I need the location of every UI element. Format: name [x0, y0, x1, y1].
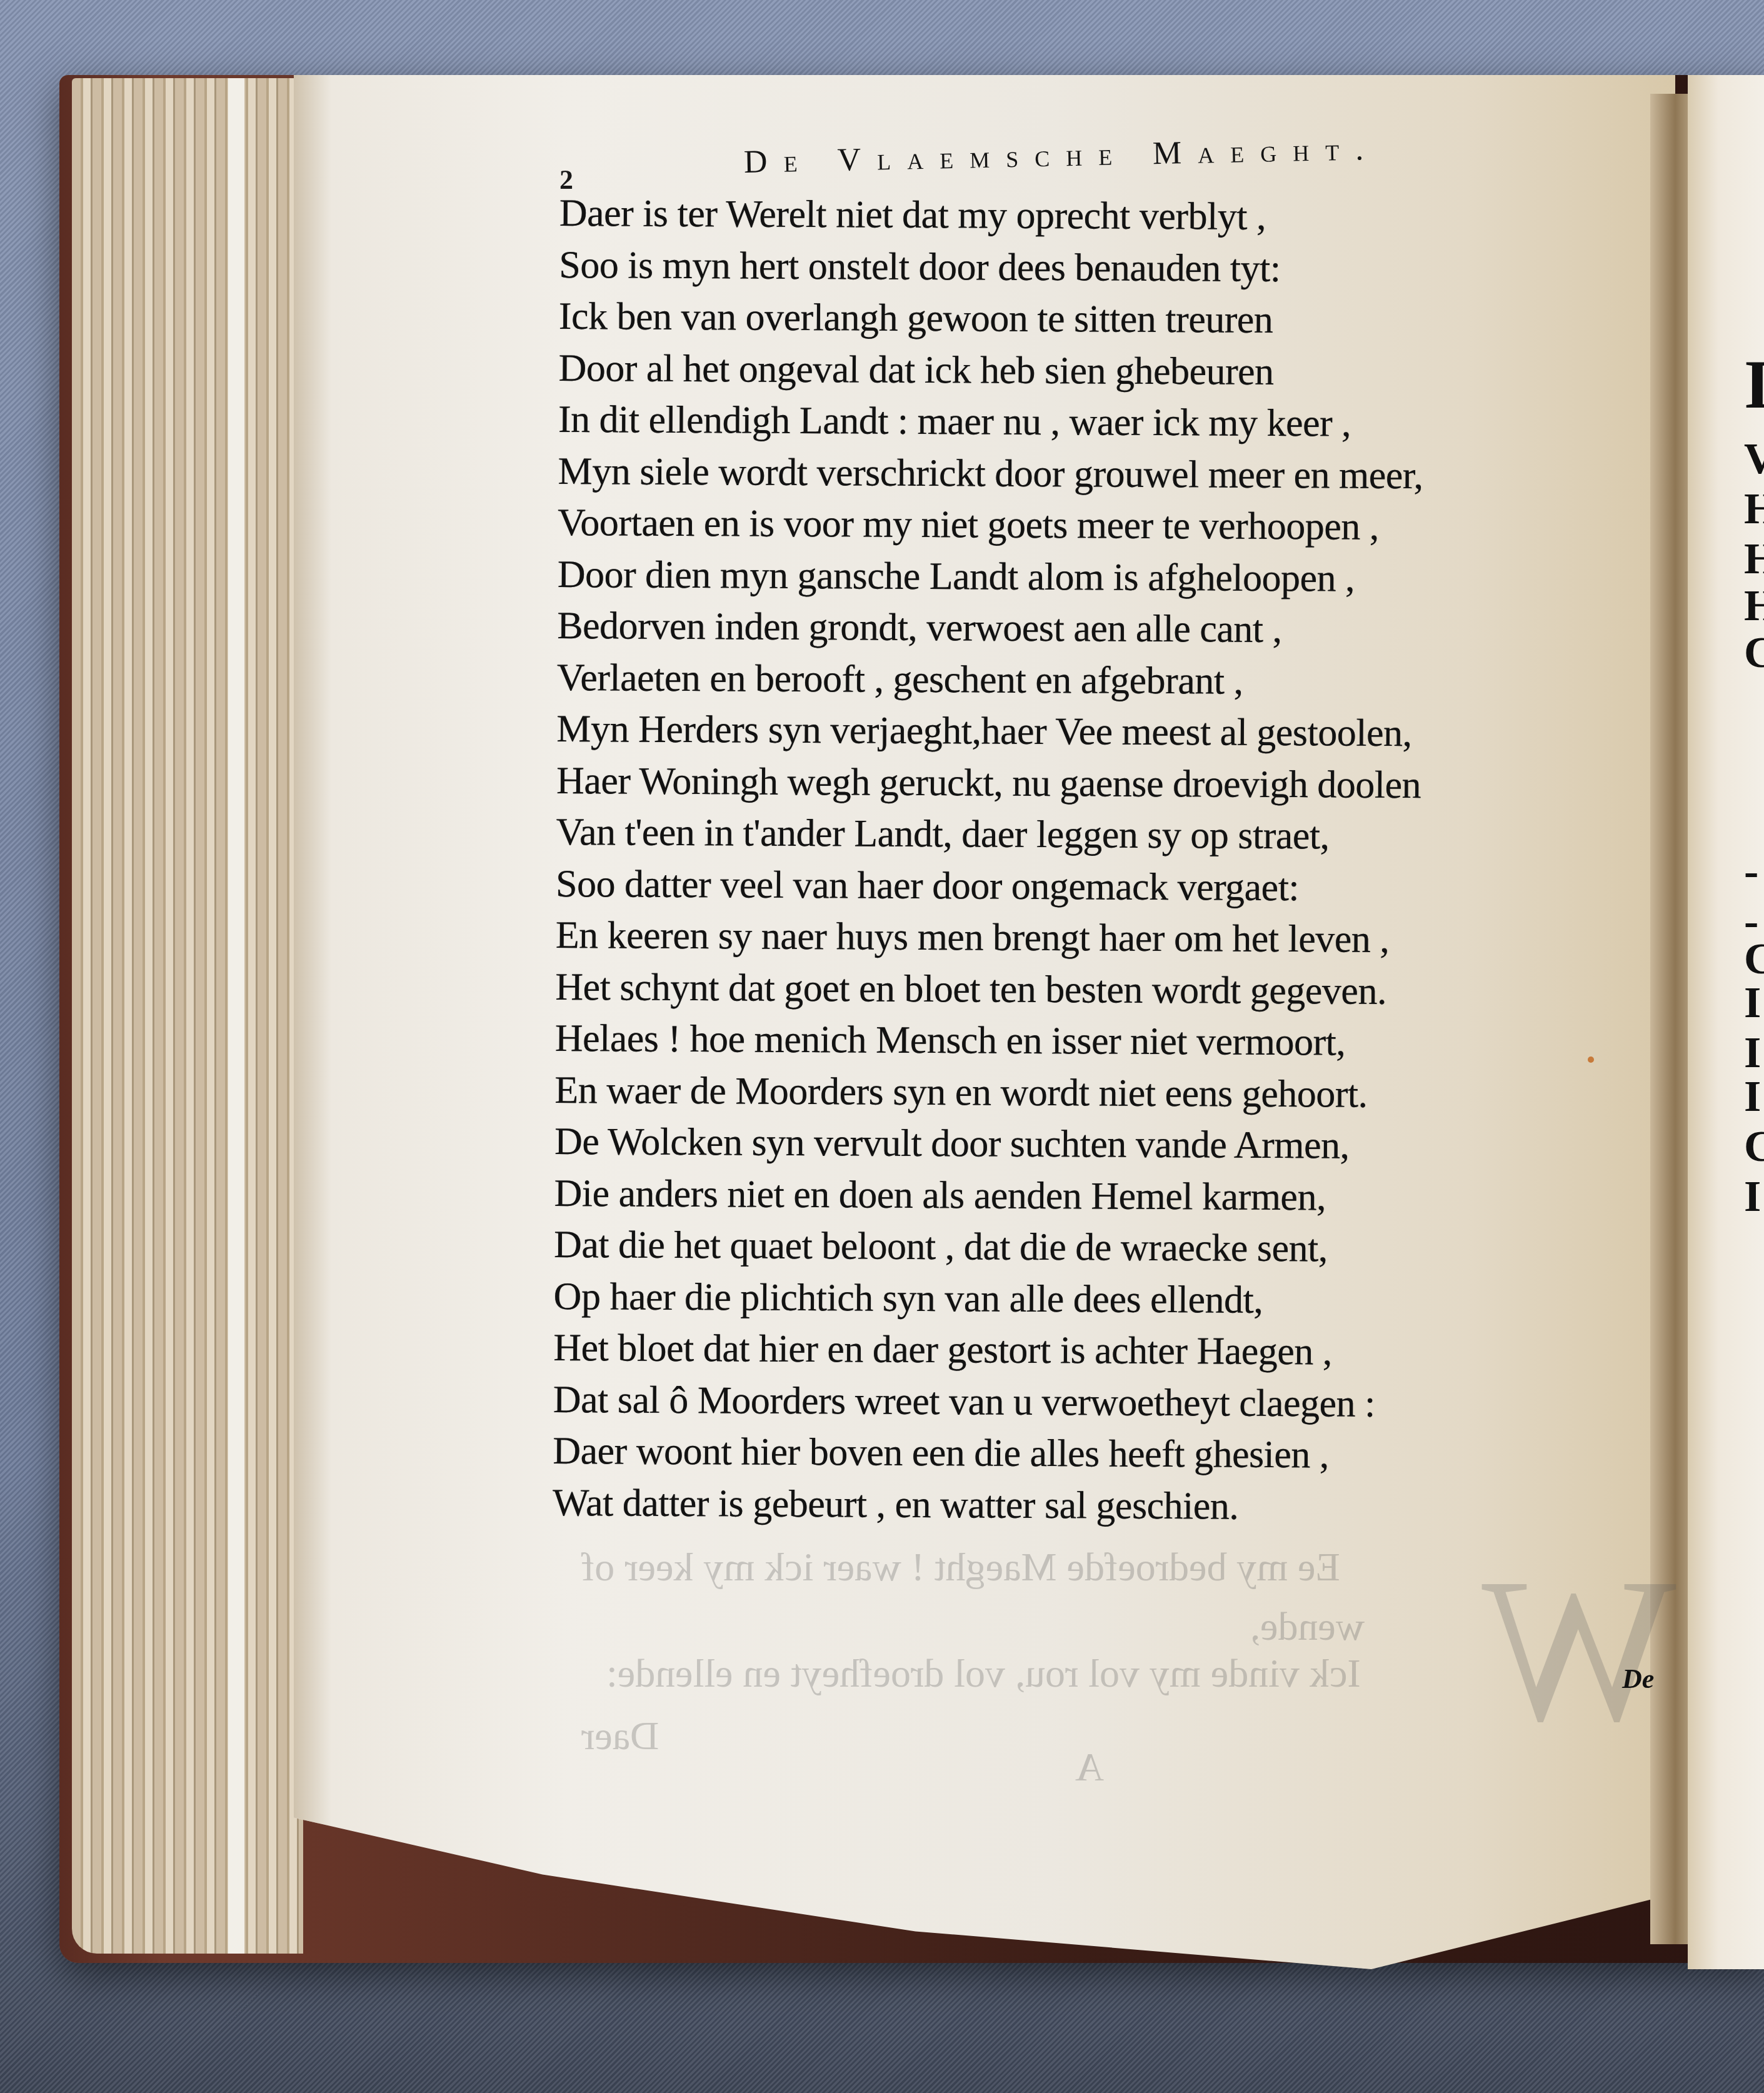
verse-line: In dit ellendigh Landt : maer nu , waer …: [558, 394, 1621, 451]
facing-letter: I: [1744, 1075, 1761, 1119]
page-block-edges: [72, 78, 303, 1954]
verse-line: Helaes ! hoe menich Mensch en isser niet…: [555, 1013, 1618, 1070]
verse-line: Voortaen en is voor my niet goets meer t…: [558, 497, 1620, 554]
facing-letter: I: [1744, 981, 1761, 1025]
verse-line: Dat sal ô Moorders wreet van u verwoethe…: [553, 1373, 1616, 1430]
verse-line: Soo is myn hert onstelt door dees benaud…: [559, 239, 1621, 296]
verse-line: Het schynt dat goet en bloet ten besten …: [555, 961, 1618, 1018]
show-through-line: Daer: [581, 1713, 659, 1759]
verse-line: Myn siele wordt verschrickt door grouwel…: [558, 445, 1620, 502]
book-photo-scene: I V H H H C - - C I I I C I W Ee my bedr…: [0, 0, 1764, 2093]
verse-line: Daer is ter Werelt niet dat my oprecht v…: [559, 188, 1622, 244]
verse-line: Verlaeten en berooft , geschent en afgeb…: [557, 651, 1620, 708]
facing-letter: V: [1744, 438, 1764, 481]
verse-line: Dat die het quaet beloont , dat die de w…: [554, 1219, 1616, 1276]
verse-line: Het bloet dat hier en daer gestort is ac…: [553, 1322, 1616, 1379]
show-through-line: wende,: [1250, 1604, 1365, 1650]
verse-line: Daer woont hier boven een die alles heef…: [553, 1425, 1615, 1482]
verse-line: De Wolcken syn vervult door suchten vand…: [554, 1116, 1617, 1173]
show-through-initial: W: [1481, 1532, 1676, 1769]
facing-letter: H: [1744, 538, 1764, 581]
verse-line: Door dien myn gansche Landt alom is afgh…: [558, 548, 1620, 605]
poem-text: Daer is ter Werelt niet dat my oprecht v…: [553, 188, 1622, 1534]
verse-line: Die anders niet en doen als aenden Hemel…: [554, 1167, 1616, 1224]
verse-line: Wat datter is gebeurt , en watter sal ge…: [553, 1477, 1615, 1533]
facing-letter: C: [1744, 1125, 1764, 1169]
facing-letter: I: [1744, 1175, 1761, 1219]
show-through-line: Ee my bedroefde Maeght ! waer ick my kee…: [581, 1544, 1340, 1590]
verse-line: Myn Herders syn verjaeght,haer Vee meest…: [556, 703, 1619, 760]
verse-line: Op haer die plichtich syn van alle dees …: [553, 1270, 1616, 1327]
facing-letter: I: [1744, 1031, 1761, 1075]
facing-letter: C: [1744, 631, 1764, 675]
facing-letter: C: [1744, 938, 1764, 981]
facing-letter: H: [1744, 585, 1764, 628]
facing-letter: H: [1744, 488, 1764, 531]
verse-line: En keeren sy naer huys men brengt haer o…: [556, 910, 1618, 966]
facing-letter: I: [1744, 350, 1764, 419]
verse-line: Bedorven inden grondt, verwoest aen alle…: [557, 600, 1620, 657]
show-through-line: Ick vinde my vol rou, vol droefheyt en e…: [606, 1650, 1361, 1697]
verse-line: En waer de Moorders syn en wordt niet ee…: [554, 1064, 1617, 1121]
show-through-signature: A: [1075, 1744, 1104, 1790]
verse-line: Soo datter veel van haer door ongemack v…: [556, 858, 1618, 915]
verse-line: Ick ben van overlangh gewoon te sitten t…: [559, 291, 1621, 348]
facing-letter: -: [1744, 850, 1758, 894]
verse-line: Van t'een in t'ander Landt, daer leggen …: [556, 806, 1618, 863]
catchword: De: [1622, 1663, 1654, 1695]
paper-stain: [1588, 1057, 1594, 1063]
verse-line: Door al het ongeval dat ick heb sien ghe…: [558, 342, 1621, 399]
verse-line: Haer Woningh wegh geruckt, nu gaense dro…: [556, 755, 1619, 811]
